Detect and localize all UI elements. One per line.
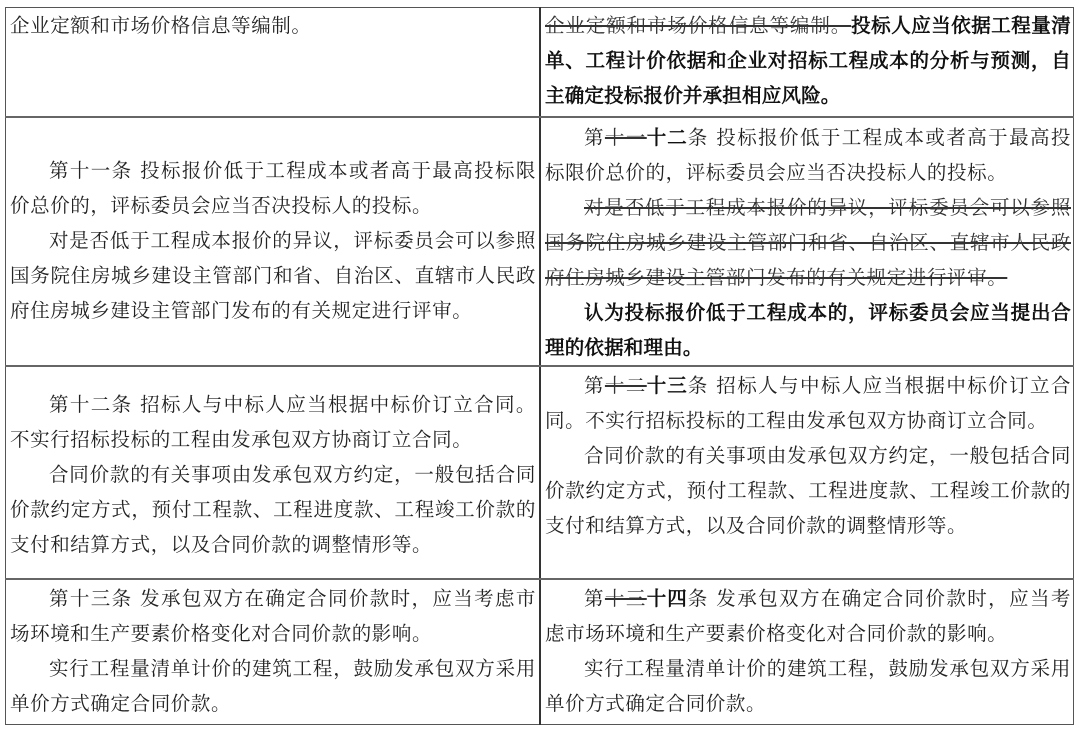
deleted-number: 十三: [605, 587, 647, 610]
row-divider: [5, 365, 1074, 367]
inserted-number: 十四: [647, 587, 688, 610]
row1-original-cell: 企业定额和市场价格信息等编制。: [6, 8, 538, 43]
article-prefix: 第: [584, 587, 605, 610]
article-13-revised: 第十二十三条 招标人与中标人应当根据中标价订立合同。不实行招标投标的工程由发承包…: [545, 368, 1071, 438]
article-prefix: 第: [584, 126, 605, 149]
deleted-text: 企业定额和市场价格信息等编制。: [545, 14, 851, 37]
row4-original-cell: 第十三条 发承包双方在确定合同价款时，应当考虑市场环境和生产要素价格变化对合同价…: [6, 581, 538, 721]
article-13-original-p2: 实行工程量清单计价的建筑工程，鼓励发承包双方采用单价方式确定合同价款。: [10, 651, 536, 721]
article-14-revised: 第十三十四条 发承包双方在确定合同价款时，应当考虑市场环境和生产要素价格变化对合…: [545, 581, 1071, 651]
row-divider: [5, 116, 1074, 118]
article-13-original: 第十三条 发承包双方在确定合同价款时，应当考虑市场环境和生产要素价格变化对合同价…: [10, 581, 536, 651]
article-12-original: 第十二条 招标人与中标人应当根据中标价订立合同。不实行招标投标的工程由发承包双方…: [10, 387, 536, 457]
article-12-revised: 第十一十二条 投标报价低于工程成本或者高于最高投标限价总价的，评标委员会应当否决…: [545, 120, 1071, 190]
row3-revised-cell: 第十二十三条 招标人与中标人应当根据中标价订立合同。不实行招标投标的工程由发承包…: [542, 368, 1073, 543]
deleted-number: 十二: [605, 374, 647, 397]
row1-original-text: 企业定额和市场价格信息等编制。: [10, 8, 536, 43]
article-12-original-p2: 合同价款的有关事项由发承包双方约定，一般包括合同价款约定方式，预付工程款、工程进…: [10, 457, 536, 562]
row3-original-cell: 第十二条 招标人与中标人应当根据中标价订立合同。不实行招标投标的工程由发承包双方…: [6, 387, 538, 562]
article-14-revised-p2: 实行工程量清单计价的建筑工程，鼓励发承包双方采用单价方式确定合同价款。: [545, 651, 1071, 721]
article-11-original: 第十一条 投标报价低于工程成本或者高于最高投标限价总价的，评标委员会应当否决投标…: [10, 153, 536, 223]
article-11-original-p2: 对是否低于工程成本报价的异议，评标委员会可以参照国务院住房城乡建设主管部门和省、…: [10, 223, 536, 328]
row1-revised-paragraph: 企业定额和市场价格信息等编制。投标人应当依据工程量清单、工程计价依据和企业对招标…: [545, 8, 1071, 113]
row2-revised-cell: 第十一十二条 投标报价低于工程成本或者高于最高投标限价总价的，评标委员会应当否决…: [542, 120, 1073, 365]
deleted-paragraph: 对是否低于工程成本报价的异议，评标委员会可以参照国务院住房城乡建设主管部门和省、…: [545, 190, 1071, 295]
row-divider: [5, 578, 1074, 580]
article-prefix: 第: [584, 374, 605, 397]
deleted-number: 十一: [605, 126, 647, 149]
article-13-revised-p2: 合同价款的有关事项由发承包双方约定，一般包括合同价款约定方式，预付工程款、工程进…: [545, 438, 1071, 543]
inserted-number: 十三: [647, 374, 688, 397]
inserted-number: 十二: [647, 126, 688, 149]
row2-original-cell: 第十一条 投标报价低于工程成本或者高于最高投标限价总价的，评标委员会应当否决投标…: [6, 153, 538, 328]
inserted-paragraph: 认为投标报价低于工程成本的，评标委员会应当提出合理的依据和理由。: [545, 295, 1071, 365]
row4-revised-cell: 第十三十四条 发承包双方在确定合同价款时，应当考虑市场环境和生产要素价格变化对合…: [542, 581, 1073, 721]
row1-revised-cell: 企业定额和市场价格信息等编制。投标人应当依据工程量清单、工程计价依据和企业对招标…: [542, 8, 1073, 113]
